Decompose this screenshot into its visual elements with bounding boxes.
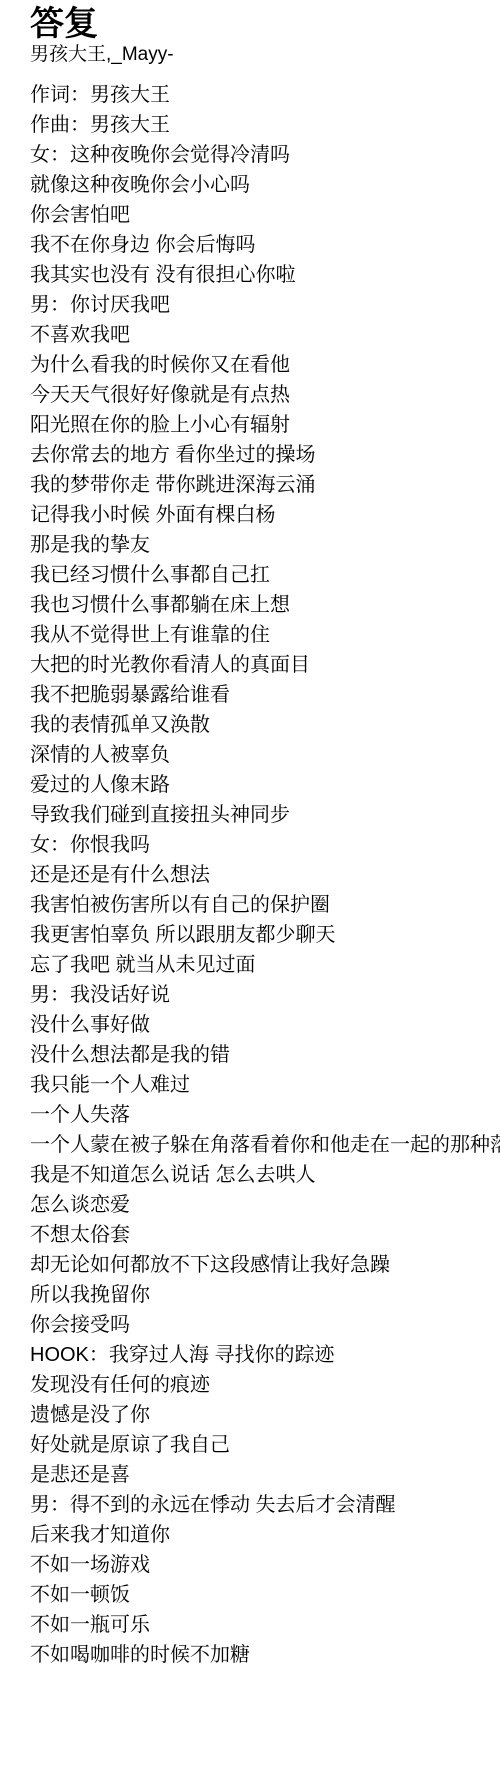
lyric-line: 阳光照在你的脸上小心有辐射 (30, 410, 500, 440)
lyric-line: 我的梦带你走 带你跳进深海云涌 (30, 470, 500, 500)
lyric-line: 一个人失落 (30, 1100, 500, 1130)
lyric-line: 我只能一个人难过 (30, 1070, 500, 1100)
lyric-line: 导致我们碰到直接扭头神同步 (30, 800, 500, 830)
lyric-line: 男：得不到的永远在悸动 失去后才会清醒 (30, 1490, 500, 1520)
lyric-line: 还是还是有什么想法 (30, 860, 500, 890)
lyric-line: 一个人蒙在被子躲在角落看着你和他走在一起的那种落 (30, 1130, 500, 1160)
lyric-line: 怎么谈恋爱 (30, 1190, 500, 1220)
lyric-line: 我更害怕辜负 所以跟朋友都少聊天 (30, 920, 500, 950)
lyric-line: 我的表情孤单又涣散 (30, 710, 500, 740)
lyric-line: 深情的人被辜负 (30, 740, 500, 770)
lyric-line: 发现没有任何的痕迹 (30, 1370, 500, 1400)
lyrics-block: 作词：男孩大王作曲：男孩大王女：这种夜晚你会觉得冷清吗就像这种夜晚你会小心吗你会… (30, 80, 500, 1670)
lyric-line: 去你常去的地方 看你坐过的操场 (30, 440, 500, 470)
lyric-line: 大把的时光教你看清人的真面目 (30, 650, 500, 680)
lyric-line: 不喜欢我吧 (30, 320, 500, 350)
lyric-line: 就像这种夜晚你会小心吗 (30, 170, 500, 200)
lyric-line: 所以我挽留你 (30, 1280, 500, 1310)
lyric-line: 我是不知道怎么说话 怎么去哄人 (30, 1160, 500, 1190)
lyric-line: 男：你讨厌我吧 (30, 290, 500, 320)
lyric-line: 没什么想法都是我的错 (30, 1040, 500, 1070)
lyric-line: 我也习惯什么事都躺在床上想 (30, 590, 500, 620)
lyric-line: 我不把脆弱暴露给谁看 (30, 680, 500, 710)
song-title: 答复 (30, 4, 500, 44)
lyric-line: 作曲：男孩大王 (30, 110, 500, 140)
lyric-line: 为什么看我的时候你又在看他 (30, 350, 500, 380)
lyric-line: HOOK：我穿过人海 寻找你的踪迹 (30, 1340, 500, 1370)
lyrics-page: 答复 男孩大王,_Mayy- 作词：男孩大王作曲：男孩大王女：这种夜晚你会觉得冷… (0, 0, 500, 1670)
lyric-line: 不如一顿饭 (30, 1580, 500, 1610)
lyric-line: 没什么事好做 (30, 1010, 500, 1040)
lyric-line: 不如一瓶可乐 (30, 1610, 500, 1640)
lyric-line: 后来我才知道你 (30, 1520, 500, 1550)
lyric-line: 今天天气很好好像就是有点热 (30, 380, 500, 410)
lyric-line: 我其实也没有 没有很担心你啦 (30, 260, 500, 290)
lyric-line: 女：这种夜晚你会觉得冷清吗 (30, 140, 500, 170)
lyric-line: 不如喝咖啡的时候不加糖 (30, 1640, 500, 1670)
lyric-line: 女：你恨我吗 (30, 830, 500, 860)
lyric-line: 我已经习惯什么事都自己扛 (30, 560, 500, 590)
lyric-line: 那是我的挚友 (30, 530, 500, 560)
lyric-line: 我不在你身边 你会后悔吗 (30, 230, 500, 260)
lyric-line: 你会害怕吧 (30, 200, 500, 230)
lyric-line: 作词：男孩大王 (30, 80, 500, 110)
lyric-line: 我从不觉得世上有谁靠的住 (30, 620, 500, 650)
song-artist: 男孩大王,_Mayy- (30, 44, 500, 66)
lyric-line: 不如一场游戏 (30, 1550, 500, 1580)
lyric-line: 却无论如何都放不下这段感情让我好急躁 (30, 1250, 500, 1280)
lyric-line: 遗憾是没了你 (30, 1400, 500, 1430)
lyric-line: 是悲还是喜 (30, 1460, 500, 1490)
lyric-line: 男：我没话好说 (30, 980, 500, 1010)
lyric-line: 不想太俗套 (30, 1220, 500, 1250)
lyric-line: 记得我小时候 外面有棵白杨 (30, 500, 500, 530)
lyric-line: 忘了我吧 就当从未见过面 (30, 950, 500, 980)
lyric-line: 爱过的人像末路 (30, 770, 500, 800)
lyric-line: 我害怕被伤害所以有自己的保护圈 (30, 890, 500, 920)
lyric-line: 好处就是原谅了我自己 (30, 1430, 500, 1460)
lyric-line: 你会接受吗 (30, 1310, 500, 1340)
